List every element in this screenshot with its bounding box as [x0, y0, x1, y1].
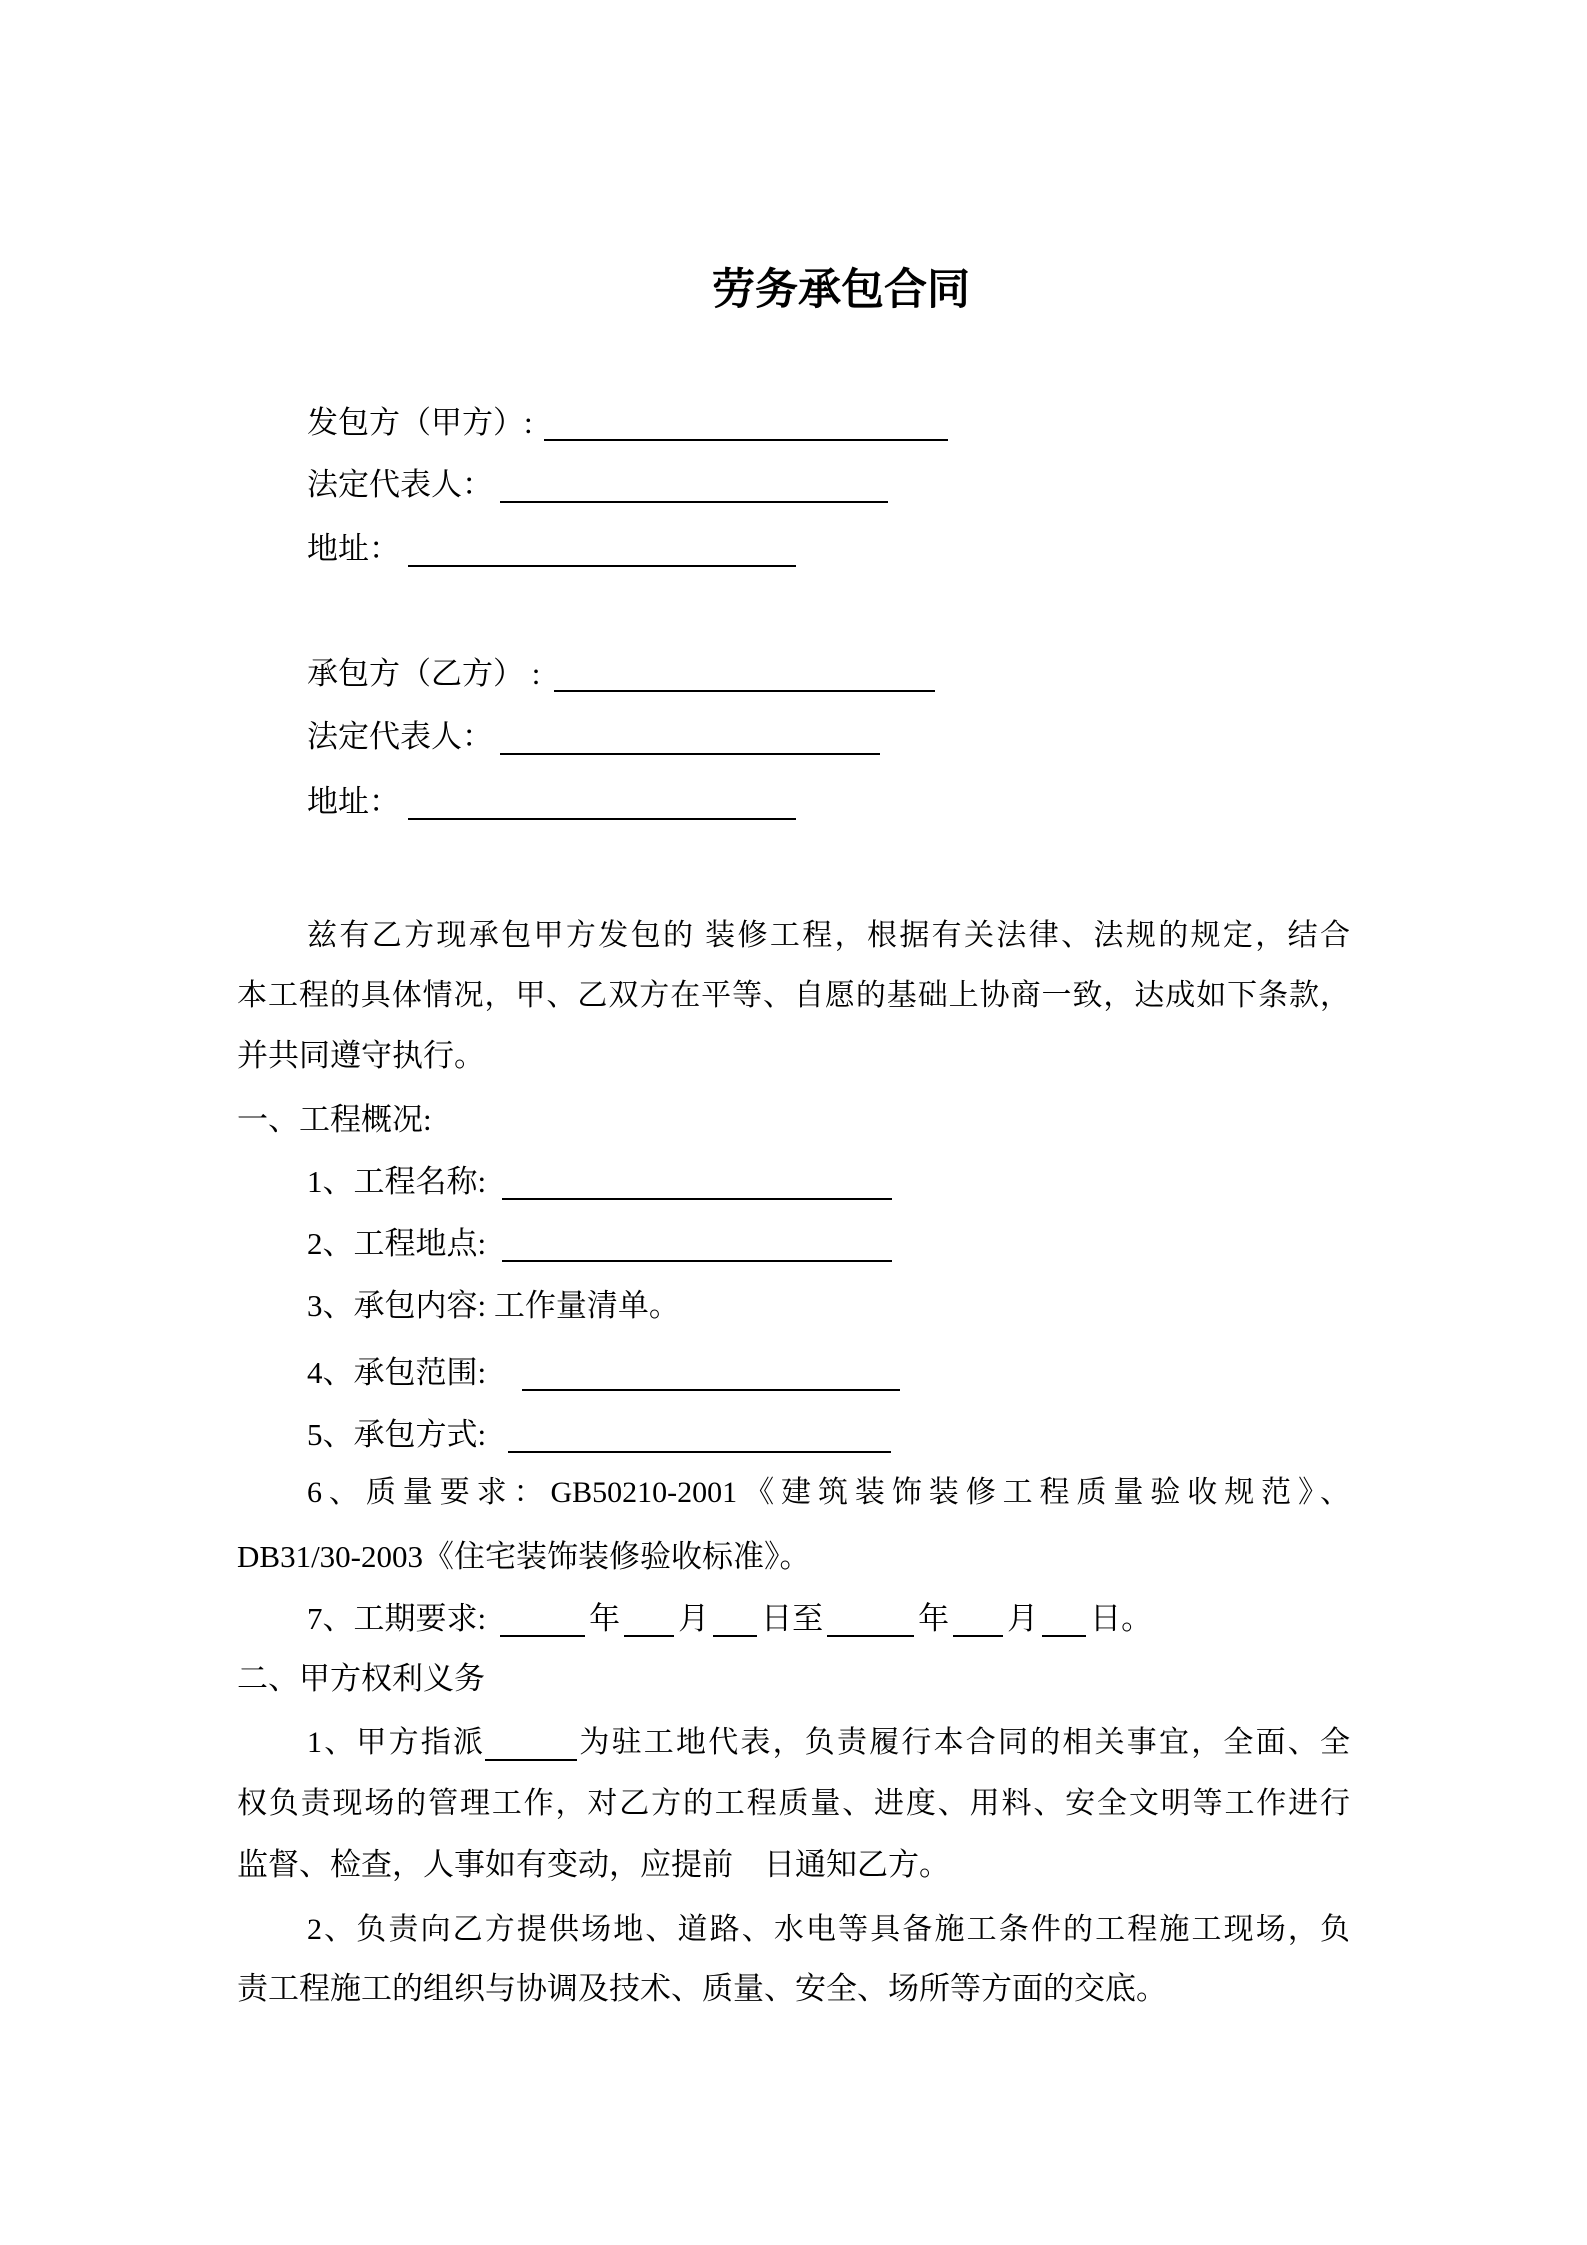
party-a-name-label: 发包方（甲方）:: [307, 405, 533, 440]
party-a-legal-rep-label: 法定代表人：: [307, 467, 493, 502]
preamble-line-3: 并共同遵守执行。: [237, 1034, 1350, 1078]
contract-method-label: 5、承包方式:: [307, 1417, 486, 1452]
day-to-chars: 日至: [761, 1601, 823, 1636]
start-month-char: 月: [678, 1601, 709, 1636]
quality-requirement-line-1: 6、质量要求：GB50210-2001《建筑装饰装修工程质量验收规范》、: [237, 1471, 1350, 1515]
start-year-char: 年: [589, 1601, 620, 1636]
party-a-address-label: 地址：: [307, 531, 400, 566]
party-b-name-label: 承包方（乙方） :: [307, 656, 540, 691]
quality-requirement-line-2: DB31/30-2003《住宅装饰装修验收标准》。: [237, 1535, 1350, 1579]
clause2-line-1: 2、负责向乙方提供场地、道路、水电等具备施工条件的工程施工现场，负: [237, 1908, 1350, 1952]
party-b-name-line: 承包方（乙方） :: [237, 652, 1350, 696]
party-b-address-blank-field[interactable]: [408, 780, 796, 820]
party-b-address-label: 地址：: [307, 784, 400, 819]
end-month-char: 月: [1007, 1601, 1038, 1636]
document-title: 劳务承包合同: [712, 266, 970, 316]
end-month-blank-field[interactable]: [953, 1597, 1003, 1637]
party-a-legal-rep-blank-field[interactable]: [500, 463, 888, 503]
party-b-address-line: 地址：: [237, 780, 1350, 824]
contract-method-line: 5、承包方式:: [237, 1413, 1350, 1457]
party-b-legal-rep-line: 法定代表人：: [237, 715, 1350, 759]
end-year-char: 年: [918, 1601, 949, 1636]
project-location-label: 2、工程地点:: [307, 1226, 486, 1261]
party-b-legal-rep-blank-field[interactable]: [500, 715, 880, 755]
project-name-label: 1、工程名称:: [307, 1164, 486, 1199]
party-a-name-blank-field[interactable]: [544, 401, 948, 441]
party-a-legal-rep-line: 法定代表人：: [237, 463, 1350, 507]
clause1-line-3: 监督、检查，人事如有变动，应提前 日通知乙方。: [237, 1843, 1350, 1887]
clause1-line-1: 1、甲方指派为驻工地代表，负责履行本合同的相关事宜，全面、全: [237, 1721, 1350, 1765]
preamble-line-2: 本工程的具体情况，甲、乙双方在平等、自愿的基础上协商一致，达成如下条款，: [237, 974, 1350, 1018]
start-year-blank-field[interactable]: [500, 1597, 585, 1637]
clause1-pre-text: 1、甲方指派: [307, 1726, 485, 1759]
contract-scope-label: 4、承包范围:: [307, 1355, 486, 1390]
contract-scope-blank-field[interactable]: [522, 1351, 900, 1391]
project-location-blank-field[interactable]: [502, 1222, 892, 1262]
schedule-requirement-line: 7、工期要求:年月日至年月日。: [237, 1597, 1350, 1641]
preamble-line-1: 兹有乙方现承包甲方发包的 装修工程，根据有关法律、法规的规定，结合: [237, 914, 1350, 958]
project-name-blank-field[interactable]: [502, 1160, 892, 1200]
project-name-line: 1、工程名称:: [237, 1160, 1350, 1204]
party-b-legal-rep-label: 法定代表人：: [307, 719, 493, 754]
party-b-name-blank-field[interactable]: [554, 652, 935, 692]
party-a-address-line: 地址：: [237, 527, 1350, 571]
site-representative-blank-field[interactable]: [485, 1721, 577, 1761]
section2-heading: 二、甲方权利义务: [237, 1657, 1350, 1701]
start-day-blank-field[interactable]: [713, 1597, 757, 1637]
contract-content-line: 3、承包内容: 工作量清单。: [237, 1284, 1350, 1328]
schedule-label: 7、工期要求:: [307, 1601, 486, 1636]
day-end-chars: 日。: [1090, 1601, 1152, 1636]
contract-method-blank-field[interactable]: [508, 1413, 891, 1453]
project-location-line: 2、工程地点:: [237, 1222, 1350, 1266]
clause2-line-2: 责工程施工的组织与协调及技术、质量、安全、场所等方面的交底。: [237, 1967, 1350, 2011]
party-a-name-line: 发包方（甲方）:: [237, 401, 1350, 445]
section1-heading: 一、工程概况:: [237, 1098, 1350, 1142]
party-a-address-blank-field[interactable]: [408, 527, 796, 567]
clause1-line-2: 权负责现场的管理工作，对乙方的工程质量、进度、用料、安全文明等工作进行: [237, 1782, 1350, 1826]
end-year-blank-field[interactable]: [827, 1597, 914, 1637]
contract-scope-line: 4、承包范围:: [237, 1351, 1350, 1395]
end-day-blank-field[interactable]: [1042, 1597, 1086, 1637]
start-month-blank-field[interactable]: [624, 1597, 674, 1637]
contract-page: 劳务承包合同 发包方（甲方）: 法定代表人： 地址： 承包方（乙方） : 法定代…: [0, 0, 1587, 2245]
clause1-post-text: 为驻工地代表，负责履行本合同的相关事宜，全面、全: [577, 1726, 1350, 1759]
